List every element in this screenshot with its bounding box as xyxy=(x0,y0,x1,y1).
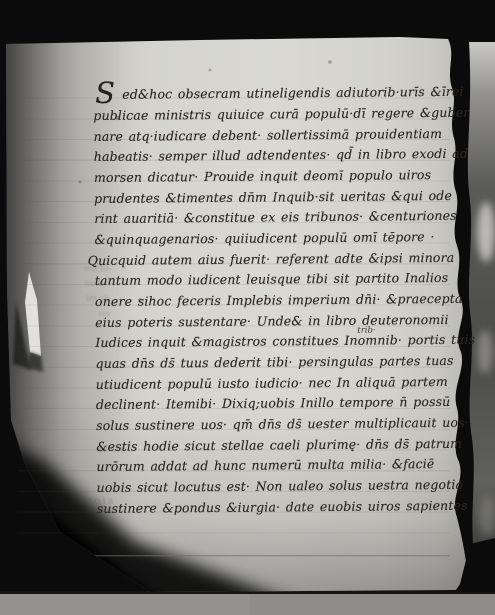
text-line: sustinere &pondus &iurgia· date euobis u… xyxy=(97,499,468,516)
text-line: publicae ministris quiuice curā populū·d… xyxy=(93,106,469,123)
text-line: morsen dicatur· Prouide inquit deomī pop… xyxy=(94,168,431,185)
initial-letter: S xyxy=(95,88,115,98)
text-line-body: ed&hoc obsecram utineligendis adiutorib·… xyxy=(122,84,464,102)
text-line: Sed&hoc obsecram utineligendis adiutorib… xyxy=(95,85,464,102)
text-line: utiudicent populū iusto iudicio· nec In … xyxy=(96,375,448,392)
text-line: tantum modo iudicent leuisque tibi sit p… xyxy=(95,271,449,288)
text-line: eius poteris sustentare· Unde& in libro … xyxy=(95,313,449,330)
text-line: Iudices inquit &magistros constitues Ino… xyxy=(95,333,475,350)
text-line: declinent· Itemibi· Dixiq;uobis Inillo t… xyxy=(96,395,451,412)
text-line: urōrum addat ad hunc numerū multa milia·… xyxy=(96,457,434,474)
text-line: prudentes &timentes dn̄m Inquib·sit ueri… xyxy=(94,189,452,206)
interlinear-gloss: trib· xyxy=(357,326,375,336)
manuscript-photo: Sed&hoc obsecram utineligendis adiutorib… xyxy=(0,0,495,615)
text-line: &estis hodie sicut stellae caeli plurimę… xyxy=(96,437,462,454)
text-line: rint auaritiā· &constitue ex eis tribuno… xyxy=(94,209,457,226)
text-line: &quinquagenarios· quiiudicent populū omī… xyxy=(94,230,434,247)
text-line: quas dn̄s ds̄ tuus dederit tibi· persing… xyxy=(95,354,453,371)
text-line: onere sihoc feceris Implebis imperium dn… xyxy=(95,292,463,309)
text-line: nare atq·iudicare debent· sollertissimā … xyxy=(94,127,443,144)
text-line: uobis sicut locutus est· Non ualeo solus… xyxy=(97,478,464,495)
text-line: Quicquid autem aius fuerit· referent adt… xyxy=(88,251,455,268)
text-line: habeatis· semper illud adtendentes· qd̄ … xyxy=(94,147,468,164)
text-line: solus sustinere uos· qm̄ dn̄s ds̄ uester… xyxy=(96,416,469,433)
text-block: Sed&hoc obsecram utineligendis adiutorib… xyxy=(0,0,495,615)
